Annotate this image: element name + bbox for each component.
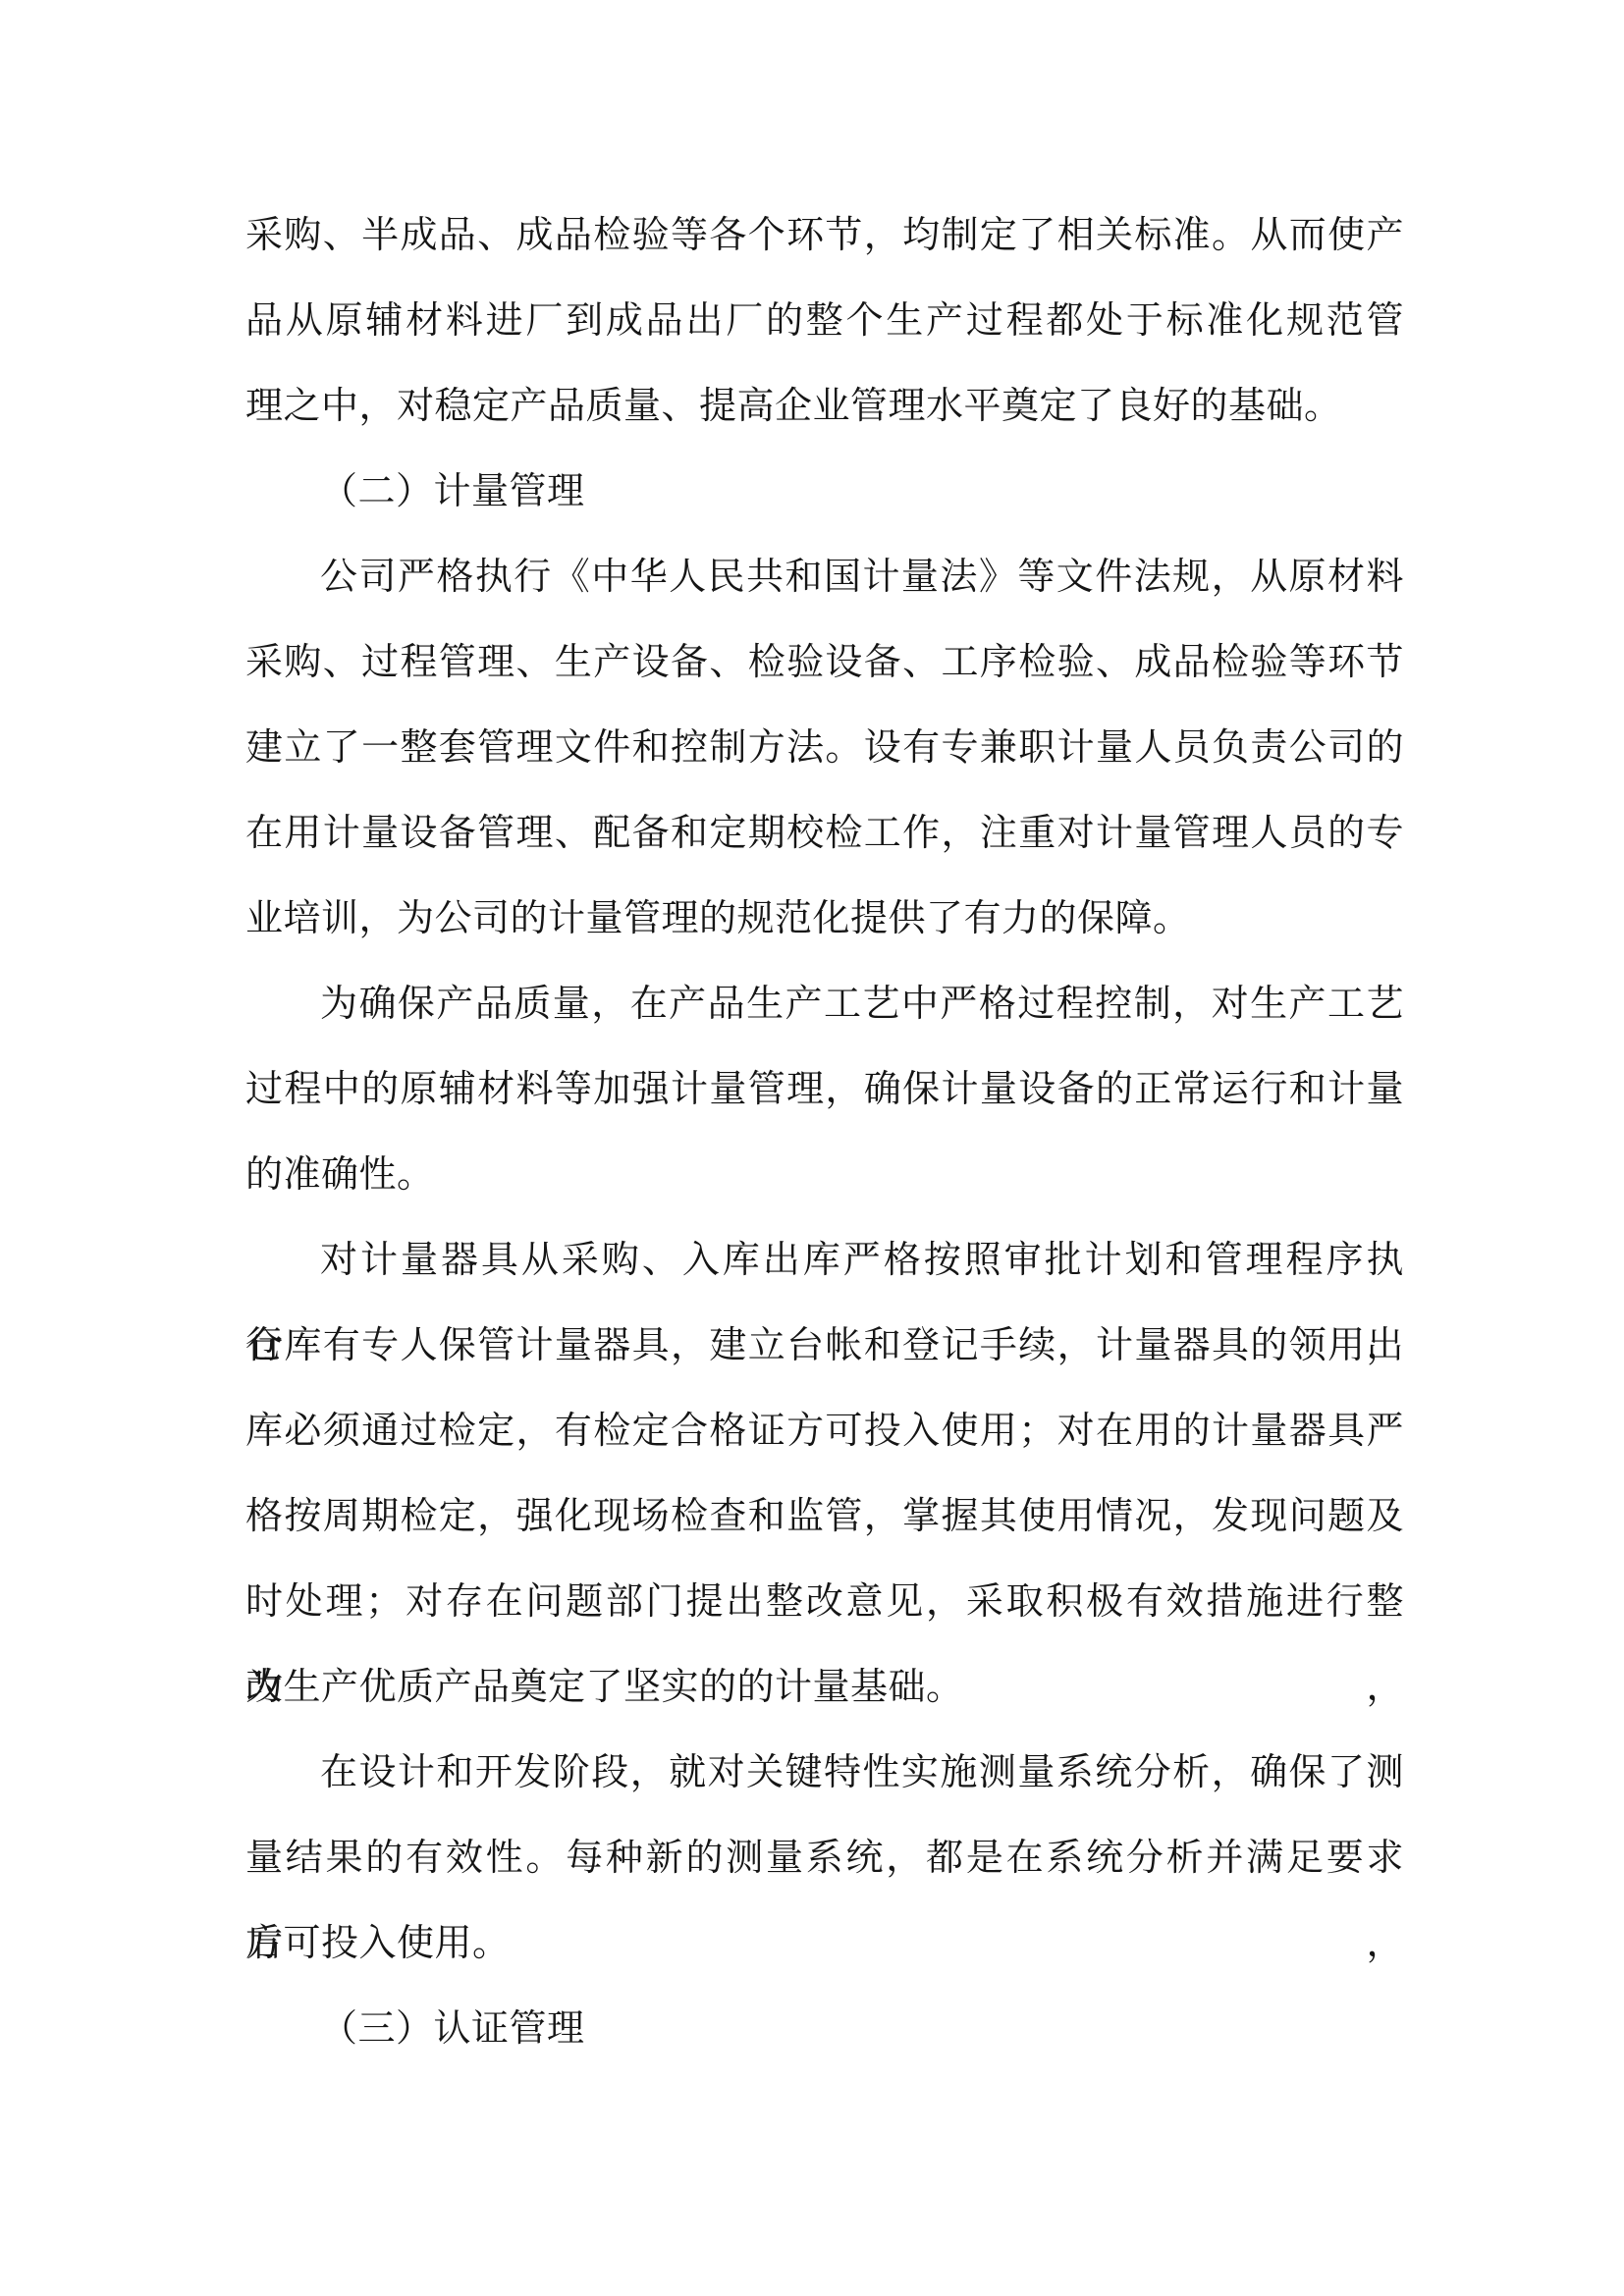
text-line: 仓库有专人保管计量器具，建立台帐和登记手续，计量器具的领用出 [245, 1304, 1404, 1389]
text-line: 采购、半成品、成品检验等各个环节，均制定了相关标准。从而使产 [245, 193, 1404, 279]
text-line: 在设计和开发阶段，就对关键特性实施测量系统分析，确保了测 [245, 1731, 1404, 1816]
para-process-control: 为确保产品质量，在产品生产工艺中严格过程控制，对生产工艺过程中的原辅材料等加强计… [245, 962, 1404, 1218]
text-line: 品从原辅材料进厂到成品出厂的整个生产过程都处于标准化规范管 [245, 279, 1404, 364]
text-line: 格按周期检定，强化现场检查和监管，掌握其使用情况，发现问题及 [245, 1474, 1404, 1560]
text-line: 的准确性。 [245, 1133, 1404, 1218]
heading-certification-management: （三）认证管理 [245, 1987, 1404, 2072]
text-line: 过程中的原辅材料等加强计量管理，确保计量设备的正常运行和计量 [245, 1047, 1404, 1133]
heading-line: （三）认证管理 [245, 1987, 1404, 2072]
text-line: 采购、过程管理、生产设备、检验设备、工序检验、成品检验等环节 [245, 620, 1404, 706]
text-line: 时处理；对存在问题部门提出整改意见，采取积极有效措施进行整改， [245, 1560, 1404, 1645]
text-line: 理之中，对稳定产品质量、提高企业管理水平奠定了良好的基础。 [245, 364, 1404, 450]
para-instrument-management: 对计量器具从采购、入库出库严格按照审批计划和管理程序执行，仓库有专人保管计量器具… [245, 1218, 1404, 1731]
para-standardization-tail: 采购、半成品、成品检验等各个环节，均制定了相关标准。从而使产品从原辅材料进厂到成… [245, 193, 1404, 450]
text-line: 对计量器具从采购、入库出库严格按照审批计划和管理程序执行， [245, 1218, 1404, 1304]
text-line: 业培训，为公司的计量管理的规范化提供了有力的保障。 [245, 877, 1404, 962]
text-line: 为确保产品质量，在产品生产工艺中严格过程控制，对生产工艺 [245, 962, 1404, 1047]
heading-measurement-management: （二）计量管理 [245, 450, 1404, 535]
document-page: 采购、半成品、成品检验等各个环节，均制定了相关标准。从而使产品从原辅材料进厂到成… [0, 0, 1624, 2296]
text-line: 公司严格执行《中华人民共和国计量法》等文件法规，从原材料 [245, 535, 1404, 620]
text-line: 建立了一整套管理文件和控制方法。设有专兼职计量人员负责公司的 [245, 706, 1404, 791]
heading-line: （二）计量管理 [245, 450, 1404, 535]
text-line: 量结果的有效性。每种新的测量系统，都是在系统分析并满足要求后， [245, 1816, 1404, 1901]
text-line: 库必须通过检定，有检定合格证方可投入使用；对在用的计量器具严 [245, 1389, 1404, 1474]
para-measurement-system-analysis: 在设计和开发阶段，就对关键特性实施测量系统分析，确保了测量结果的有效性。每种新的… [245, 1731, 1404, 1987]
text-block: 采购、半成品、成品检验等各个环节，均制定了相关标准。从而使产品从原辅材料进厂到成… [245, 193, 1404, 2072]
text-line: 在用计量设备管理、配备和定期校检工作，注重对计量管理人员的专 [245, 791, 1404, 877]
para-measurement-law: 公司严格执行《中华人民共和国计量法》等文件法规，从原材料采购、过程管理、生产设备… [245, 535, 1404, 962]
